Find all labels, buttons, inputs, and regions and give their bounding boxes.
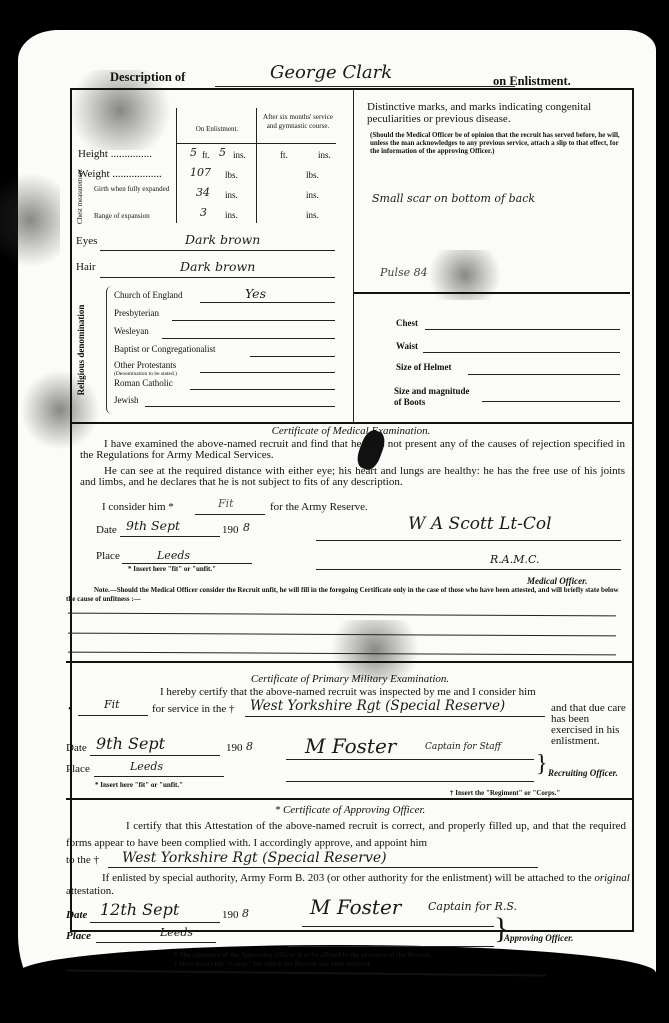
footnote: * The signature of the Approving Officer… bbox=[174, 951, 432, 959]
year-prefix: 190 bbox=[222, 524, 239, 536]
brace bbox=[106, 286, 113, 414]
unit: ins. bbox=[225, 190, 238, 200]
eyes-label: Eyes bbox=[76, 235, 97, 247]
signature-line bbox=[316, 540, 621, 541]
to-the-label: to the † bbox=[66, 854, 99, 866]
consider-suffix: for the Army Reserve. bbox=[270, 501, 368, 513]
insert-note: * Insert here "fit" or "unfit." bbox=[95, 781, 183, 789]
religion-church-of-england: Church of England bbox=[114, 290, 182, 300]
primary-signature: M Foster bbox=[305, 734, 396, 758]
approving-corps-value: West Yorkshire Rgt (Special Reserve) bbox=[122, 850, 387, 866]
signature-line bbox=[302, 926, 494, 927]
distinctive-title: Distinctive marks, and marks indicating … bbox=[367, 101, 622, 125]
signature-line-2 bbox=[286, 781, 534, 782]
weight-value: 107 bbox=[190, 166, 211, 179]
pulse-entry: Pulse 84 bbox=[380, 266, 428, 279]
approving-officer-label: Approving Officer. bbox=[504, 933, 573, 943]
religion-baptist: Baptist or Congregationalist bbox=[114, 344, 216, 354]
unit: ft. bbox=[280, 150, 288, 160]
primary-date-line bbox=[90, 755, 220, 756]
header-prefix: Description of bbox=[110, 70, 185, 85]
insert-note: † Insert the "Regiment" or "Corps." bbox=[450, 789, 560, 797]
primary-place-label: Place bbox=[66, 763, 90, 775]
range-value: 3 bbox=[200, 206, 207, 219]
table-header-line bbox=[176, 143, 336, 144]
name-line bbox=[215, 86, 515, 87]
medical-para2: He can see at the required distance with… bbox=[80, 466, 625, 488]
weight-label: Weight .................. bbox=[78, 168, 162, 180]
footnote: † Here insert the "Corps" for which the … bbox=[174, 960, 371, 968]
primary-year-suffix: 8 bbox=[246, 740, 253, 753]
medical-note: Note.—Should the Medical Officer conside… bbox=[66, 586, 626, 604]
height-in-value: 5 bbox=[219, 146, 226, 159]
section-divider bbox=[354, 292, 630, 294]
section-divider bbox=[66, 798, 632, 800]
medical-place-line bbox=[122, 563, 252, 564]
religion-line bbox=[200, 372, 335, 373]
unit: ft. bbox=[202, 150, 210, 160]
religion-line bbox=[162, 338, 335, 339]
medical-date-value: 9th Sept bbox=[126, 518, 180, 533]
religion-group-label: Religious denomination bbox=[74, 300, 102, 410]
stain bbox=[0, 160, 60, 280]
approving-date-value: 12th Sept bbox=[100, 900, 179, 919]
unit: ins. bbox=[306, 210, 319, 220]
distinctive-entry: Small scar on bottom of back bbox=[372, 192, 535, 205]
primary-place-line bbox=[94, 776, 224, 777]
col-on-enlistment: On Enlistment. bbox=[178, 125, 256, 133]
primary-para-end: and that due care has been exercised in … bbox=[551, 703, 626, 747]
primary-signature-rank: Captain for Staff bbox=[425, 742, 501, 752]
signature-line-2 bbox=[288, 946, 494, 947]
unit: ins. bbox=[318, 150, 331, 160]
religion-line bbox=[250, 356, 335, 357]
religion-wesleyan: Wesleyan bbox=[114, 326, 149, 336]
boots-size-label: Size and magnitude of Boots bbox=[394, 386, 476, 408]
recruiting-officer-label: Recruiting Officer. bbox=[548, 768, 618, 778]
boots-size-line bbox=[482, 401, 620, 402]
eyes-line bbox=[100, 250, 335, 251]
year-prefix: 190 bbox=[222, 909, 239, 921]
recruit-name: George Clark bbox=[270, 62, 392, 83]
helmet-size-line bbox=[468, 374, 620, 375]
approving-title: * Certificate of Approving Officer. bbox=[70, 804, 630, 816]
religion-line bbox=[145, 406, 335, 407]
medical-place-label: Place bbox=[96, 550, 120, 562]
hair-value: Dark brown bbox=[180, 259, 255, 274]
waist-size-label: Waist bbox=[396, 341, 418, 351]
religion-line bbox=[200, 302, 335, 303]
approving-place-label: Place bbox=[66, 930, 91, 942]
religion-presbyterian: Presbyterian bbox=[114, 308, 159, 318]
unit: ins. bbox=[233, 150, 246, 160]
religion-line bbox=[172, 320, 335, 321]
section-divider bbox=[66, 661, 632, 663]
distinctive-note: (Should the Medical Officer be of opinio… bbox=[370, 131, 625, 155]
medical-title: Certificate of Medical Examination. bbox=[70, 425, 632, 437]
waist-size-line bbox=[423, 352, 620, 353]
medical-officer-label: Medical Officer. bbox=[527, 576, 587, 586]
approving-date-label: Date bbox=[66, 909, 87, 921]
medical-para1: I have examined the above-named recruit … bbox=[80, 439, 625, 461]
medical-place-value: Leeds bbox=[157, 549, 190, 562]
primary-place-value: Leeds bbox=[130, 760, 163, 773]
medical-signature-2: R.A.M.C. bbox=[490, 553, 540, 566]
height-label: Height ............... bbox=[78, 148, 152, 160]
medical-year-suffix: 8 bbox=[243, 521, 250, 534]
table-divider bbox=[256, 108, 257, 223]
eyes-value: Dark brown bbox=[185, 232, 260, 247]
consider-value: Fit bbox=[218, 497, 234, 510]
helmet-size-label: Size of Helmet bbox=[396, 362, 451, 372]
chest-size-label: Chest bbox=[396, 318, 418, 328]
religion-line bbox=[190, 389, 335, 390]
religion-roman-catholic: Roman Catholic bbox=[114, 378, 173, 388]
medical-date-label: Date bbox=[96, 524, 117, 536]
hair-label: Hair bbox=[76, 261, 96, 273]
consider-label: I consider him * bbox=[102, 501, 174, 513]
range-label: Range of expansion bbox=[94, 212, 150, 220]
header-suffix: on Enlistment. bbox=[493, 74, 571, 89]
brace: } bbox=[536, 752, 548, 776]
signature-line-2 bbox=[316, 569, 621, 570]
girth-value: 34 bbox=[196, 186, 210, 199]
primary-para-start: I hereby certify that the above-named re… bbox=[160, 686, 536, 698]
religion-jewish: Jewish bbox=[114, 395, 139, 405]
approving-place-line bbox=[96, 942, 216, 943]
chest-size-line bbox=[425, 329, 620, 330]
consider-line bbox=[195, 514, 265, 515]
unit: ins. bbox=[225, 210, 238, 220]
insert-note: * Insert here "fit" or "unfit." bbox=[128, 565, 216, 573]
religion-sublabel: (Denomination to be stated.) bbox=[114, 371, 177, 377]
height-ft-value: 5 bbox=[190, 146, 197, 159]
table-divider bbox=[176, 108, 177, 223]
unit: ins. bbox=[306, 190, 319, 200]
unit: lbs. bbox=[225, 170, 238, 180]
religion-cofe-value: Yes bbox=[245, 286, 266, 301]
religion-other-protestants: Other Protestants bbox=[114, 360, 176, 370]
approving-place-value: Leeds bbox=[160, 926, 193, 939]
approving-para1: I certify that this Attestation of the a… bbox=[66, 818, 626, 852]
signature-line bbox=[286, 759, 534, 760]
medical-date-line bbox=[120, 536, 220, 537]
girth-label: Girth when fully expanded bbox=[94, 185, 172, 194]
approving-year-suffix: 8 bbox=[242, 907, 249, 920]
corps-line bbox=[108, 867, 538, 868]
col-after-six-months: After six months' service and gymnastic … bbox=[258, 113, 338, 131]
unit: lbs. bbox=[306, 170, 319, 180]
primary-date-value: 9th Sept bbox=[96, 734, 165, 753]
primary-title: Certificate of Primary Military Examinat… bbox=[70, 673, 630, 685]
year-prefix: 190 bbox=[226, 742, 243, 754]
column-divider bbox=[353, 90, 354, 422]
section-divider bbox=[70, 422, 632, 424]
hair-line bbox=[100, 277, 335, 278]
approving-date-line bbox=[90, 922, 220, 923]
approving-signature: M Foster bbox=[310, 895, 401, 919]
primary-date-label: Date bbox=[66, 742, 87, 754]
medical-signature: W A Scott Lt-Col bbox=[408, 514, 552, 534]
